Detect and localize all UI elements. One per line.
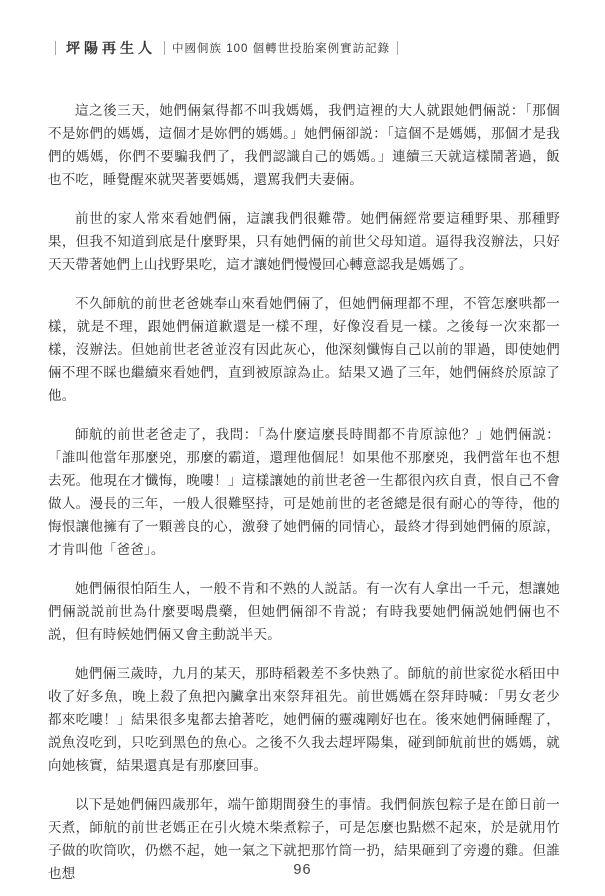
book-title: 坪陽再生人 — [66, 38, 156, 58]
running-header: 坪陽再生人 中國侗族 100 個轉世投胎案例實訪記錄 — [55, 38, 398, 58]
body-paragraph: 前世的家人常來看她們倆，這讓我們很難帶。她們倆經常要這種野果、那種野果，但我不知… — [48, 207, 560, 276]
divider-bar — [397, 41, 398, 55]
body-paragraph: 不久師航的前世老爸姚奉山來看她們倆了，但她們倆理都不理，不管怎麼哄都一樣，就是不… — [48, 292, 560, 407]
book-subtitle: 中國侗族 100 個轉世投胎案例實訪記錄 — [172, 40, 390, 56]
body-text: 這之後三天，她們倆氣得都不叫我媽媽，我們這裡的大人就跟她們倆説：「那個不是妳們的… — [48, 99, 560, 885]
book-page: 坪陽再生人 中國侗族 100 個轉世投胎案例實訪記錄 這之後三天，她們倆氣得都不… — [0, 0, 605, 896]
body-paragraph: 她們倆三歲時，九月的某天，那時稻穀差不多快熟了。師航的前世家從水稻田中收了好多魚… — [48, 662, 560, 777]
divider-bar — [164, 41, 165, 55]
page-number: 96 — [0, 862, 605, 878]
divider-bar — [55, 41, 56, 55]
body-paragraph: 師航的前世老爸走了，我問：「為什麼這麼長時間都不肯原諒他？」她們倆説：「誰叫他當… — [48, 423, 560, 561]
body-paragraph: 這之後三天，她們倆氣得都不叫我媽媽，我們這裡的大人就跟她們倆説：「那個不是妳們的… — [48, 99, 560, 191]
body-paragraph: 她們倆很怕陌生人，一般不肯和不熟的人説話。有一次有人拿出一千元，想讓她們倆説説前… — [48, 577, 560, 646]
